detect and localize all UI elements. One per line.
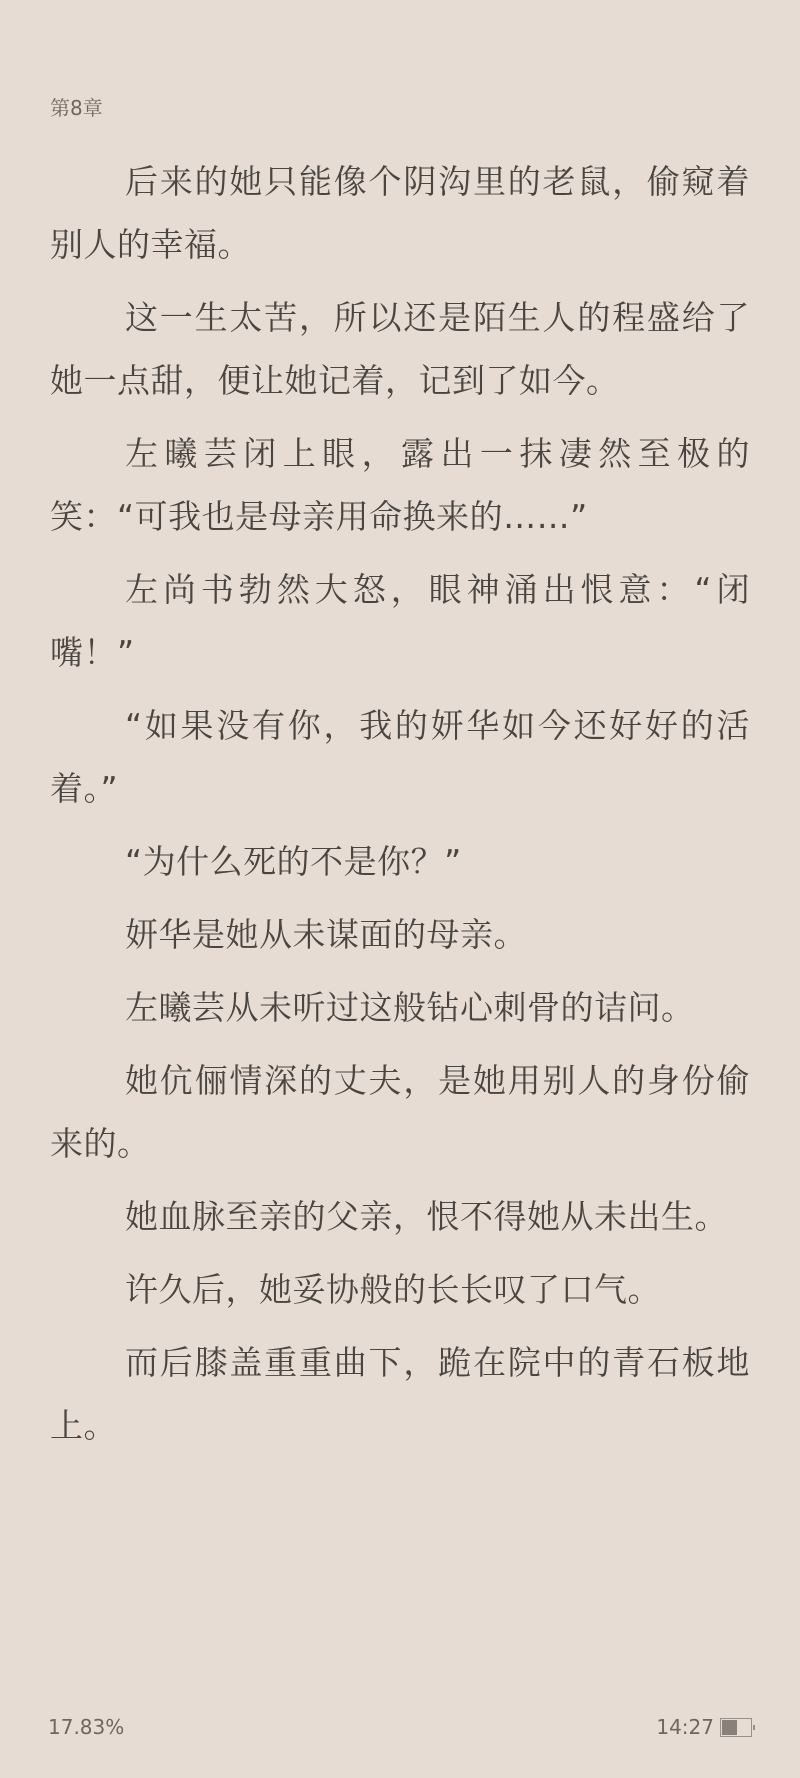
reader-footer: 17.83% 14:27 <box>48 1712 752 1742</box>
battery-tip <box>753 1725 755 1730</box>
paragraph: 许久后，她妥协般的长长叹了口气。 <box>50 1258 750 1321</box>
paragraph: “为什么死的不是你？” <box>50 830 750 893</box>
paragraph: 后来的她只能像个阴沟里的老鼠，偷窥着别人的幸福。 <box>50 150 750 276</box>
clock-time: 14:27 <box>656 1715 714 1739</box>
paragraph: 左曦芸闭上眼，露出一抹凄然至极的笑：“可我也是母亲用命换来的……” <box>50 422 750 548</box>
battery-icon <box>720 1718 752 1737</box>
paragraph: 而后膝盖重重曲下，跪在院中的青石板地上。 <box>50 1331 750 1457</box>
paragraph: “如果没有你，我的妍华如今还好好的活着。” <box>50 694 750 820</box>
reading-progress: 17.83% <box>48 1715 124 1739</box>
battery-level <box>722 1720 737 1735</box>
paragraph: 左曦芸从未听过这般钻心刺骨的诘问。 <box>50 976 750 1039</box>
paragraph: 左尚书勃然大怒，眼神涌出恨意：“闭嘴！” <box>50 558 750 684</box>
paragraph: 她伉俪情深的丈夫，是她用别人的身份偷来的。 <box>50 1049 750 1175</box>
paragraph: 妍华是她从未谋面的母亲。 <box>50 903 750 966</box>
paragraph: 她血脉至亲的父亲，恨不得她从未出生。 <box>50 1185 750 1248</box>
chapter-title: 第8章 <box>50 96 103 120</box>
paragraph: 这一生太苦，所以还是陌生人的程盛给了她一点甜，便让她记着，记到了如今。 <box>50 286 750 412</box>
status-info: 14:27 <box>656 1715 752 1739</box>
reading-content[interactable]: 后来的她只能像个阴沟里的老鼠，偷窥着别人的幸福。 这一生太苦，所以还是陌生人的程… <box>50 150 750 1467</box>
